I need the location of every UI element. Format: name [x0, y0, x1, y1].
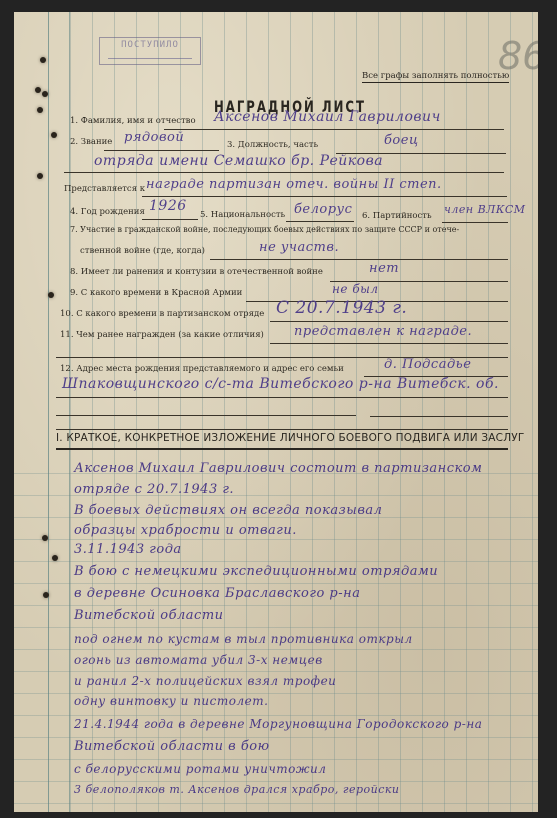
binding-hole	[51, 132, 57, 138]
binding-hole	[40, 57, 46, 63]
field-value-red-army: не был	[332, 282, 379, 296]
narrative-line: Витебской области в бою	[74, 739, 270, 754]
binding-hole	[37, 173, 43, 179]
award-sheet: ПОСТУПИЛО 86 Все графы заполнять полност…	[14, 12, 538, 812]
field-underline	[142, 196, 507, 197]
narrative-line: 3.11.1943 года	[74, 542, 182, 557]
field-value-nationality: белорус	[294, 202, 352, 217]
field-value-previous-awards: представлен к награде.	[294, 324, 472, 339]
field-underline	[104, 150, 219, 151]
section-heading: I. КРАТКОЕ, КОНКРЕТНОЕ ИЗЛОЖЕНИЕ ЛИЧНОГО…	[56, 432, 525, 444]
field-label-war-participation: 7. Участие в гражданской войне, последую…	[70, 225, 459, 234]
narrative-line: 3 белополяков т. Аксенов дрался храбро, …	[74, 783, 400, 796]
binding-hole	[37, 107, 43, 113]
margin-line	[48, 12, 49, 812]
divider	[56, 429, 508, 430]
section-rule	[56, 448, 508, 450]
field-label-partisan-since: 10. С какого времени в партизанском отря…	[60, 309, 264, 319]
field-label-red-army: 9. С какого времени в Красной Армии	[70, 288, 242, 298]
field-underline	[270, 343, 508, 344]
narrative-line: огонь из автомата убил 3-х немцев	[74, 653, 323, 667]
binding-hole	[42, 91, 48, 97]
field-value-rank: рядовой	[124, 130, 184, 145]
field-value-address-cont: Шпаковщинского с/с-та Витебского р-на Ви…	[62, 376, 499, 392]
binding-hole	[52, 555, 58, 561]
field-value-party: член ВЛКСМ	[444, 203, 526, 216]
narrative-line: одну винтовку и пистолет.	[74, 694, 268, 708]
field-value-war-participation: не участв.	[259, 240, 339, 255]
fill-instruction: Все графы заполнять полностью	[362, 71, 509, 83]
narrative-line: В бою с немецкими экспедиционными отряда…	[74, 564, 438, 579]
field-underline	[370, 416, 508, 417]
narrative-line: образцы храбрости и отваги.	[74, 523, 297, 538]
narrative-line: в деревне Осиновка Браславского р-на	[74, 586, 360, 601]
field-value-address: д. Подсадье	[384, 357, 471, 372]
field-label-war-participation-cont: ственной войне (где, когда)	[80, 246, 205, 256]
received-stamp: ПОСТУПИЛО	[99, 37, 201, 65]
field-label-presented: Представляется к	[64, 184, 145, 194]
field-underline	[442, 222, 508, 223]
narrative-line: с белорусскими ротами уничтожил	[74, 762, 326, 776]
field-label-previous-awards: 11. Чем ранее награжден (за какие отличи…	[60, 330, 264, 340]
binding-hole	[42, 535, 48, 541]
field-value-position: боец	[384, 133, 419, 148]
field-underline	[164, 129, 504, 130]
field-underline	[56, 415, 356, 416]
field-label-birth-year: 4. Год рождения	[70, 207, 145, 217]
field-label-rank: 2. Звание	[70, 137, 112, 147]
field-value-birth-year: 1926	[149, 198, 187, 214]
narrative-line: 21.4.1944 года в деревне Моргуновщина Го…	[74, 717, 482, 731]
field-underline	[270, 321, 508, 322]
narrative-line: под огнем по кустам в тыл противника отк…	[74, 632, 413, 646]
field-label-wounds: 8. Имеет ли ранения и контузии в отечест…	[70, 267, 323, 277]
field-label-name: 1. Фамилия, имя и отчество	[70, 116, 196, 126]
narrative-line: В боевых действиях он всегда показывал	[74, 503, 382, 518]
narrative-line: отряде с 20.7.1943 г.	[74, 482, 234, 497]
field-label-party: 6. Партийность	[362, 211, 432, 221]
field-underline	[286, 221, 354, 222]
narrative-line: и ранил 2-х полицейских взял трофеи	[74, 674, 336, 688]
field-value-unit: отряда имени Семашко бр. Рейкова	[94, 153, 383, 169]
field-value-partisan-since: С 20.7.1943 г.	[276, 298, 407, 318]
field-underline	[56, 397, 508, 398]
margin-line	[69, 12, 70, 812]
binding-hole	[48, 292, 54, 298]
field-label-address: 12. Адрес места рождения представляемого…	[60, 364, 344, 374]
field-value-name: Аксенов Михаил Гаврилович	[214, 109, 441, 125]
binding-hole	[43, 592, 49, 598]
field-label-nationality: 5. Национальность	[200, 210, 285, 220]
narrative-line: Витебской области	[74, 608, 224, 623]
field-label-position: 3. Должность, часть	[227, 140, 318, 150]
field-value-presented: награде партизан отеч. войны II степ.	[146, 177, 442, 192]
field-value-wounds: нет	[369, 261, 399, 276]
narrative-line: Аксенов Михаил Гаврилович состоит в парт…	[74, 461, 482, 476]
field-underline	[64, 172, 504, 173]
field-underline	[210, 259, 508, 260]
field-underline	[142, 219, 198, 220]
binding-hole	[35, 87, 41, 93]
